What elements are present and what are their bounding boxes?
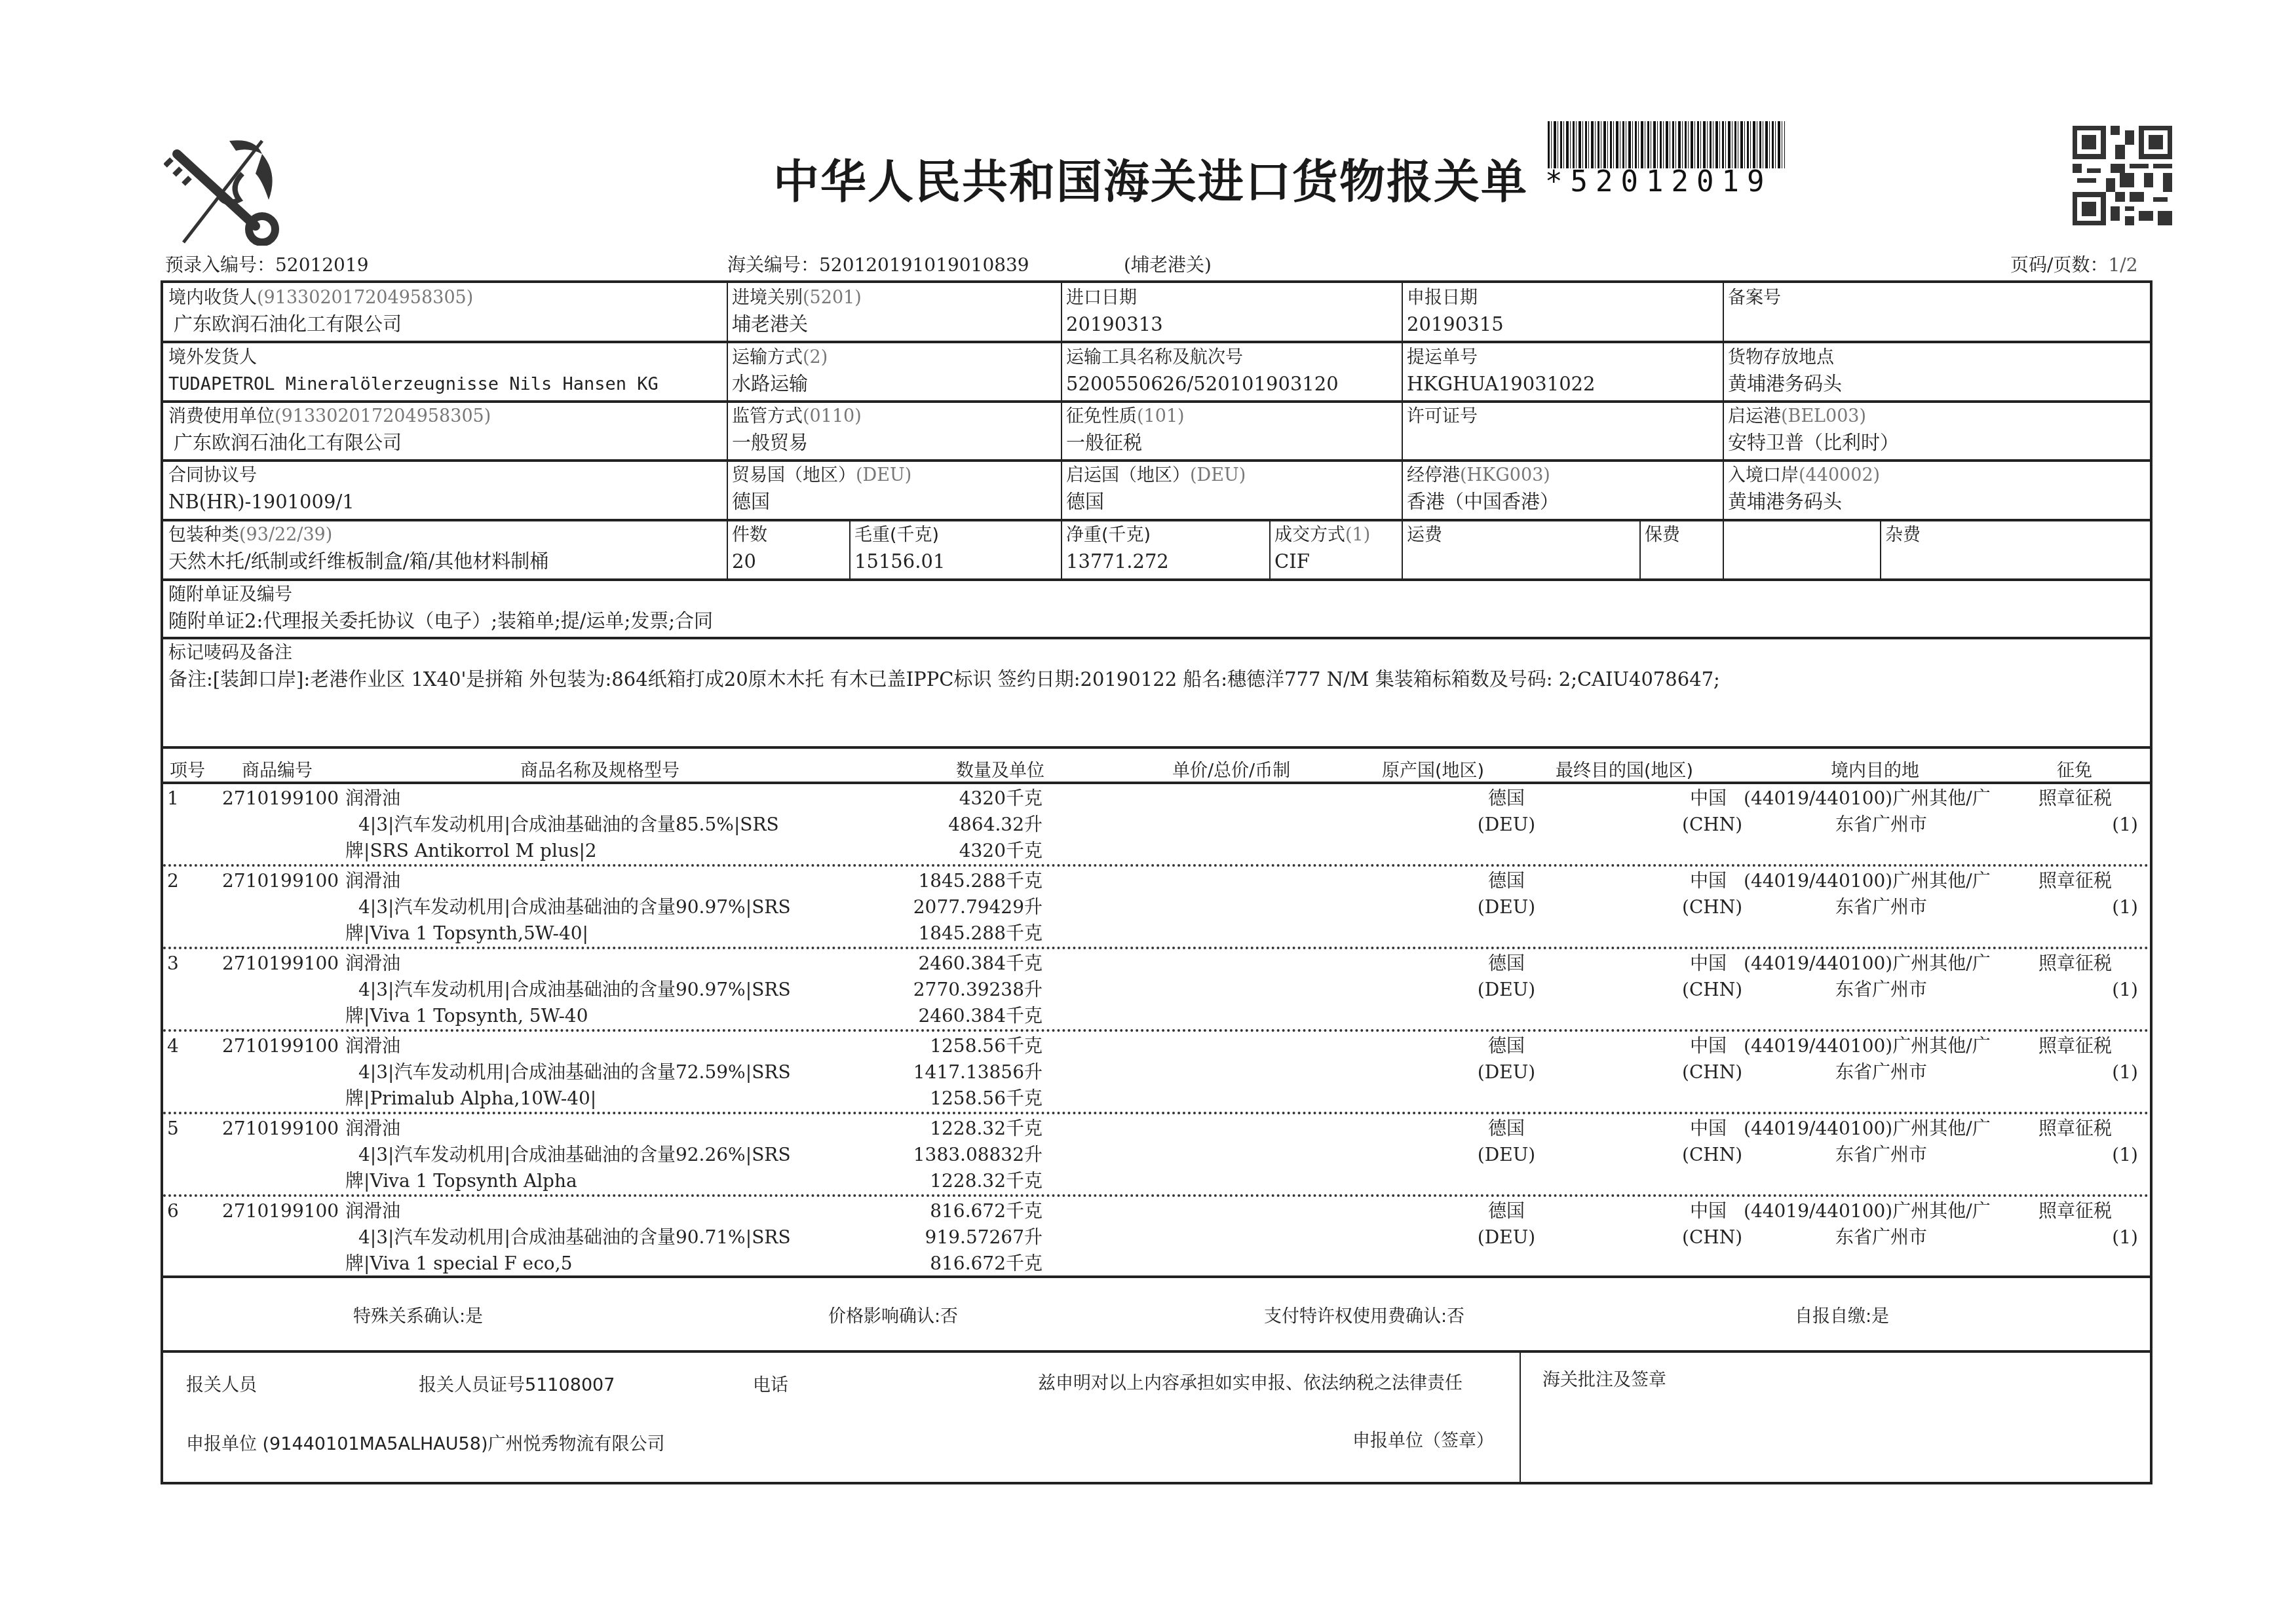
item-dest: 中国 bbox=[1690, 1198, 1727, 1225]
declarant-label: 报关人员 bbox=[186, 1370, 257, 1396]
consumer-value: 广东欧润石油化工有限公司 bbox=[168, 432, 402, 454]
item-spec-line2: 牌|SRS Antikorrol M plus|2 bbox=[345, 837, 597, 865]
levy-nature-field: 征免性质(101) 一般征税 bbox=[1066, 403, 1185, 457]
item-domestic-line1: (44019/440100)广州其他/广 bbox=[1744, 1115, 1991, 1142]
item-domestic-line2: 东省广州市 bbox=[1835, 1224, 1927, 1251]
item-qty-2: 1383.08832升 bbox=[913, 1141, 1043, 1169]
item-levy-code: (1) bbox=[2112, 1141, 2138, 1169]
item-name: 润滑油 bbox=[345, 1032, 400, 1060]
seal-label: 申报单位（签章） bbox=[1352, 1426, 1494, 1452]
item-qty-2: 4864.32升 bbox=[948, 811, 1043, 839]
item-no: 2 bbox=[167, 867, 179, 895]
item-levy: 照章征税 bbox=[2038, 867, 2112, 895]
item-spec-line1: 4|3|汽车发动机用|合成油基础油的含量90.71%|SRS bbox=[345, 1224, 791, 1251]
col-header-qty: 数量及单位 bbox=[956, 756, 1044, 782]
item-origin: 德国 bbox=[1467, 1115, 1546, 1142]
transaction-value: CIF bbox=[1274, 550, 1310, 573]
col-header-dest: 最终目的国(地区) bbox=[1556, 756, 1693, 782]
supervision-value: 一般贸易 bbox=[732, 432, 808, 454]
misc-fee-field: 杂费 bbox=[1885, 521, 1921, 548]
record-no-field: 备案号 bbox=[1728, 284, 1781, 311]
declaration-form: 境内收货人(91330201720495830​5) 广东欧润石油化工有限公司 … bbox=[161, 280, 2152, 1484]
item-qty-3: 2460.384千克 bbox=[918, 1002, 1043, 1030]
item-origin: 德国 bbox=[1467, 785, 1546, 812]
customs-annotation-label: 海关批注及签章 bbox=[1542, 1365, 1666, 1391]
item-levy-code: (1) bbox=[2112, 894, 2138, 921]
item-domestic-line1: (44019/440100)广州其他/广 bbox=[1744, 950, 1991, 977]
item-dest: 中国 bbox=[1690, 867, 1727, 895]
item-dest-code: (CHN) bbox=[1682, 1059, 1742, 1086]
contract-value: NB(HR)-1901009/1 bbox=[168, 491, 354, 513]
item-domestic-line2: 东省广州市 bbox=[1835, 811, 1927, 839]
page-indicator: 页码/页数：1/2 bbox=[2010, 251, 2138, 277]
item-name: 润滑油 bbox=[345, 867, 400, 895]
vessel-field: 运输工具名称及航次号 5200550626/520101903120 bbox=[1066, 344, 1339, 398]
price-impact-confirm: 价格影响确认:否 bbox=[828, 1302, 958, 1327]
item-levy-code: (1) bbox=[2112, 1059, 2138, 1086]
phone-label: 电话 bbox=[753, 1370, 788, 1396]
import-date-field: 进口日期 20190313 bbox=[1066, 284, 1163, 338]
item-hs-code: 2710199100 bbox=[222, 1198, 339, 1225]
royalty-confirm: 支付特许权使用费确认:否 bbox=[1264, 1302, 1464, 1327]
col-header-levy: 征免 bbox=[2057, 756, 2092, 782]
item-levy: 照章征税 bbox=[2038, 785, 2112, 812]
trade-country-value: 德国 bbox=[732, 491, 770, 513]
item-domestic-line1: (44019/440100)广州其他/广 bbox=[1744, 1198, 1991, 1225]
transport-mode-value: 水路运输 bbox=[732, 373, 808, 395]
item-row: 3 2710199100 润滑油 4|3|汽车发动机用|合成油基础油的含量90.… bbox=[163, 950, 2150, 1032]
item-name: 润滑油 bbox=[345, 785, 400, 812]
transit-port-field: 经停港(HKG003) 香港（中国香港） bbox=[1407, 462, 1559, 516]
consignee-code: (91330201720495830​5) bbox=[257, 288, 473, 308]
item-qty-3: 1845.288千克 bbox=[918, 920, 1043, 947]
entry-customs-field: 进境关别(5201) 埔老港关 bbox=[732, 284, 862, 338]
supervision-field: 监管方式(0110) 一般贸易 bbox=[732, 403, 862, 457]
item-spec-line2: 牌|Viva 1 Topsynth, 5W-40 bbox=[345, 1002, 588, 1030]
item-dest-code: (CHN) bbox=[1682, 976, 1742, 1004]
item-levy: 照章征税 bbox=[2038, 1198, 2112, 1225]
transport-mode-field: 运输方式(2) 水路运输 bbox=[732, 344, 828, 398]
item-hs-code: 2710199100 bbox=[222, 785, 339, 812]
customs-office: (埔老港关) bbox=[1124, 251, 1212, 277]
item-levy: 照章征税 bbox=[2038, 950, 2112, 977]
col-header-no: 项号 bbox=[170, 756, 205, 782]
legal-statement: 兹申明对以上内容承担如实申报、依法纳税之法律责任 bbox=[1038, 1369, 1463, 1394]
item-qty-2: 2077.79429升 bbox=[913, 894, 1043, 921]
net-weight-value: 13771.272 bbox=[1066, 550, 1169, 573]
item-qty-2: 919.57267升 bbox=[925, 1224, 1043, 1251]
item-qty-1: 816.672千克 bbox=[930, 1198, 1043, 1225]
customs-number: 海关编号：520120191019010839 bbox=[727, 251, 1029, 277]
documents-value: 随附单证2:代理报关委托协议（电子）;装箱单;提/运单;发票;合同 bbox=[168, 610, 713, 632]
item-qty-3: 4320千克 bbox=[959, 837, 1043, 865]
item-name: 润滑油 bbox=[345, 1198, 400, 1225]
item-levy-code: (1) bbox=[2112, 1224, 2138, 1251]
item-qty-2: 2770.39238升 bbox=[913, 976, 1043, 1004]
page-value: 1/2 bbox=[2108, 254, 2137, 276]
qr-code-icon bbox=[2073, 126, 2172, 225]
entry-customs-value: 埔老港关 bbox=[732, 313, 808, 335]
item-qty-3: 816.672千克 bbox=[930, 1250, 1043, 1277]
item-hs-code: 2710199100 bbox=[222, 1032, 339, 1060]
item-spec-line2: 牌|Viva 1 Topsynth,5W-40| bbox=[345, 920, 588, 947]
barcode bbox=[1548, 121, 1785, 168]
transit-port-value: 香港（中国香港） bbox=[1407, 491, 1559, 513]
item-qty-1: 1258.56千克 bbox=[930, 1032, 1043, 1060]
remarks-value: 备注:[装卸口岸]:老港作业区 1X40'是拼箱 外包装为:864纸箱打成20原… bbox=[168, 668, 1720, 690]
item-dest: 中国 bbox=[1690, 785, 1727, 812]
item-spec-line1: 4|3|汽车发动机用|合成油基础油的含量72.59%|SRS bbox=[345, 1059, 791, 1086]
item-domestic-line2: 东省广州市 bbox=[1835, 1141, 1927, 1169]
pre-entry-value: 52012019 bbox=[275, 254, 369, 276]
item-origin: 德国 bbox=[1467, 867, 1546, 895]
consignee-field: 境内收货人(91330201720495830​5) 广东欧润石油化工有限公司 bbox=[168, 284, 473, 338]
item-no: 6 bbox=[167, 1198, 179, 1225]
item-qty-3: 1258.56千克 bbox=[930, 1085, 1043, 1112]
departure-port-field: 启运港(BEL003) 安特卫普（比利时） bbox=[1728, 403, 1899, 457]
pre-entry-number: 预录入编号：52012019 bbox=[165, 251, 369, 277]
declare-date-field: 申报日期 20190315 bbox=[1407, 284, 1504, 338]
entry-port-field: 入境口岸(440002) 黄埔港务码头 bbox=[1728, 462, 1880, 516]
insurance-field: 保费 bbox=[1645, 521, 1680, 548]
customs-number-label: 海关编号： bbox=[727, 254, 819, 276]
item-origin-code: (DEU) bbox=[1467, 811, 1546, 839]
item-dest-code: (CHN) bbox=[1682, 1141, 1742, 1169]
item-dest-code: (CHN) bbox=[1682, 811, 1742, 839]
item-spec-line1: 4|3|汽车发动机用|合成油基础油的含量90.97%|SRS bbox=[345, 894, 791, 921]
declarant-cert: 报关人员证号51108007 bbox=[419, 1370, 615, 1396]
special-relation-confirm: 特殊关系确认:是 bbox=[353, 1302, 483, 1327]
item-domestic-line2: 东省广州市 bbox=[1835, 894, 1927, 921]
departure-port-value: 安特卫普（比利时） bbox=[1728, 432, 1899, 454]
item-origin-code: (DEU) bbox=[1467, 1224, 1546, 1251]
remarks-field: 标记唛码及备注 备注:[装卸口岸]:老港作业区 1X40'是拼箱 外包装为:86… bbox=[168, 639, 1720, 693]
item-origin-code: (DEU) bbox=[1467, 894, 1546, 921]
declaring-unit: 申报单位 (91440101MA5ALHAU58)广州悦秀物流有限公司 bbox=[186, 1429, 664, 1455]
item-dest-code: (CHN) bbox=[1682, 1224, 1742, 1251]
item-spec-line2: 牌|Viva 1 special F eco,5 bbox=[345, 1250, 572, 1277]
item-origin-code: (DEU) bbox=[1467, 1059, 1546, 1086]
item-levy: 照章征税 bbox=[2038, 1032, 2112, 1060]
item-spec-line2: 牌|Primalub Alpha,10W-40| bbox=[345, 1085, 596, 1112]
transaction-field: 成交方式(1) CIF bbox=[1274, 521, 1370, 575]
item-qty-1: 4320千克 bbox=[959, 785, 1043, 812]
consignee-value: 广东欧润石油化工有限公司 bbox=[168, 313, 402, 335]
customs-number-value: 520120191019010839 bbox=[819, 254, 1029, 276]
item-no: 5 bbox=[167, 1115, 179, 1142]
pre-entry-label: 预录入编号： bbox=[165, 254, 275, 276]
item-dest-code: (CHN) bbox=[1682, 894, 1742, 921]
item-no: 3 bbox=[167, 950, 179, 977]
item-levy-code: (1) bbox=[2112, 976, 2138, 1004]
item-levy: 照章征税 bbox=[2038, 1115, 2112, 1142]
net-weight-field: 净重(千克) 13771.272 bbox=[1066, 521, 1169, 575]
item-qty-1: 2460.384千克 bbox=[918, 950, 1043, 977]
storage-value: 黄埔港务码头 bbox=[1728, 373, 1842, 395]
page-label: 页码/页数： bbox=[2010, 254, 2108, 276]
item-row: 6 2710199100 润滑油 4|3|汽车发动机用|合成油基础油的含量90.… bbox=[163, 1198, 2150, 1280]
item-no: 4 bbox=[167, 1032, 179, 1060]
item-origin: 德国 bbox=[1467, 1032, 1546, 1060]
bill-no-field: 提运单号 HKGHUA19031022 bbox=[1407, 344, 1596, 398]
shipper-value: TUDAPETROL Mineralölerzeugnisse Nils Han… bbox=[168, 374, 659, 394]
item-hs-code: 2710199100 bbox=[222, 867, 339, 895]
license-field: 许可证号 bbox=[1407, 403, 1478, 430]
item-levy-code: (1) bbox=[2112, 811, 2138, 839]
package-type-field: 包装种类(93/22/39) 天然木托/纸制或纤维板制盒/箱/其他材料制桶 bbox=[168, 521, 548, 575]
declare-date-value: 20190315 bbox=[1407, 313, 1504, 335]
item-qty-1: 1845.288千克 bbox=[918, 867, 1043, 895]
shipper-field: 境外发货人 TUDAPETROL Mineralölerzeugnisse Ni… bbox=[168, 344, 659, 398]
item-row: 2 2710199100 润滑油 4|3|汽车发动机用|合成油基础油的含量90.… bbox=[163, 867, 2150, 950]
documents-field: 随附单证及编号 随附单证2:代理报关委托协议（电子）;装箱单;提/运单;发票;合… bbox=[168, 581, 713, 635]
item-origin-code: (DEU) bbox=[1467, 1141, 1546, 1169]
item-spec-line1: 4|3|汽车发动机用|合成油基础油的含量85.5%|SRS bbox=[345, 811, 779, 839]
item-hs-code: 2710199100 bbox=[222, 950, 339, 977]
item-no: 1 bbox=[167, 785, 179, 812]
import-date-value: 20190313 bbox=[1066, 313, 1163, 335]
item-row: 4 2710199100 润滑油 4|3|汽车发动机用|合成油基础油的含量72.… bbox=[163, 1032, 2150, 1115]
item-name: 润滑油 bbox=[345, 1115, 400, 1142]
item-row: 1 2710199100 润滑油 4|3|汽车发动机用|合成油基础油的含量85.… bbox=[163, 785, 2150, 867]
item-origin: 德国 bbox=[1467, 950, 1546, 977]
consumer-field: 消费使用单位(913302017204958305) 广东欧润石油化工有限公司 bbox=[168, 403, 491, 457]
bill-no-value: HKGHUA19031022 bbox=[1407, 373, 1596, 395]
trade-country-field: 贸易国（地区）(DEU) 德国 bbox=[732, 462, 911, 516]
item-origin-code: (DEU) bbox=[1467, 976, 1546, 1004]
vessel-value: 5200550626/520101903120 bbox=[1066, 373, 1339, 395]
customs-emblem-icon bbox=[164, 134, 282, 246]
item-spec-line1: 4|3|汽车发动机用|合成油基础油的含量92.26%|SRS bbox=[345, 1141, 791, 1169]
storage-field: 货物存放地点 黄埔港务码头 bbox=[1728, 344, 1842, 398]
gross-weight-value: 15156.01 bbox=[854, 550, 945, 573]
col-header-origin: 原产国(地区) bbox=[1382, 756, 1484, 782]
self-report-confirm: 自报自缴:是 bbox=[1795, 1302, 1889, 1327]
item-row: 5 2710199100 润滑油 4|3|汽车发动机用|合成油基础油的含量92.… bbox=[163, 1115, 2150, 1198]
document-title: 中华人民共和国海关进口货物报关单 bbox=[773, 145, 1528, 212]
col-header-price: 单价/总价/币制 bbox=[1172, 756, 1290, 782]
levy-nature-value: 一般征税 bbox=[1066, 432, 1142, 454]
col-header-hs: 商品编号 bbox=[242, 756, 313, 782]
freight-field: 运费 bbox=[1407, 521, 1442, 548]
item-dest: 中国 bbox=[1690, 1032, 1727, 1060]
pieces-field: 件数 20 bbox=[732, 521, 767, 575]
item-origin: 德国 bbox=[1467, 1198, 1546, 1225]
contract-field: 合同协议号 NB(HR)-1901009/1 bbox=[168, 462, 354, 516]
item-qty-1: 1228.32千克 bbox=[930, 1115, 1043, 1142]
item-domestic-line2: 东省广州市 bbox=[1835, 1059, 1927, 1086]
package-type-value: 天然木托/纸制或纤维板制盒/箱/其他材料制桶 bbox=[168, 550, 548, 573]
item-dest: 中国 bbox=[1690, 1115, 1727, 1142]
pieces-value: 20 bbox=[732, 550, 756, 573]
barcode-number: *52012019 bbox=[1545, 165, 1772, 198]
item-name: 润滑油 bbox=[345, 950, 400, 977]
col-header-domestic: 境内目的地 bbox=[1831, 756, 1919, 782]
item-qty-3: 1228.32千克 bbox=[930, 1167, 1043, 1195]
origin-country-value: 德国 bbox=[1066, 491, 1104, 513]
item-dest: 中国 bbox=[1690, 950, 1727, 977]
item-qty-2: 1417.13856升 bbox=[913, 1059, 1043, 1086]
entry-port-value: 黄埔港务码头 bbox=[1728, 491, 1842, 513]
origin-country-field: 启运国（地区）(DEU) 德国 bbox=[1066, 462, 1246, 516]
item-domestic-line1: (44019/440100)广州其他/广 bbox=[1744, 1032, 1991, 1060]
item-domestic-line2: 东省广州市 bbox=[1835, 976, 1927, 1004]
item-spec-line1: 4|3|汽车发动机用|合成油基础油的含量90.97%|SRS bbox=[345, 976, 791, 1004]
gross-weight-field: 毛重(千克) 15156.01 bbox=[854, 521, 945, 575]
item-spec-line2: 牌|Viva 1 Topsynth Alpha bbox=[345, 1167, 577, 1195]
col-header-name: 商品名称及规格型号 bbox=[520, 756, 679, 782]
item-hs-code: 2710199100 bbox=[222, 1115, 339, 1142]
item-domestic-line1: (44019/440100)广州其他/广 bbox=[1744, 785, 1991, 812]
item-domestic-line1: (44019/440100)广州其他/广 bbox=[1744, 867, 1991, 895]
